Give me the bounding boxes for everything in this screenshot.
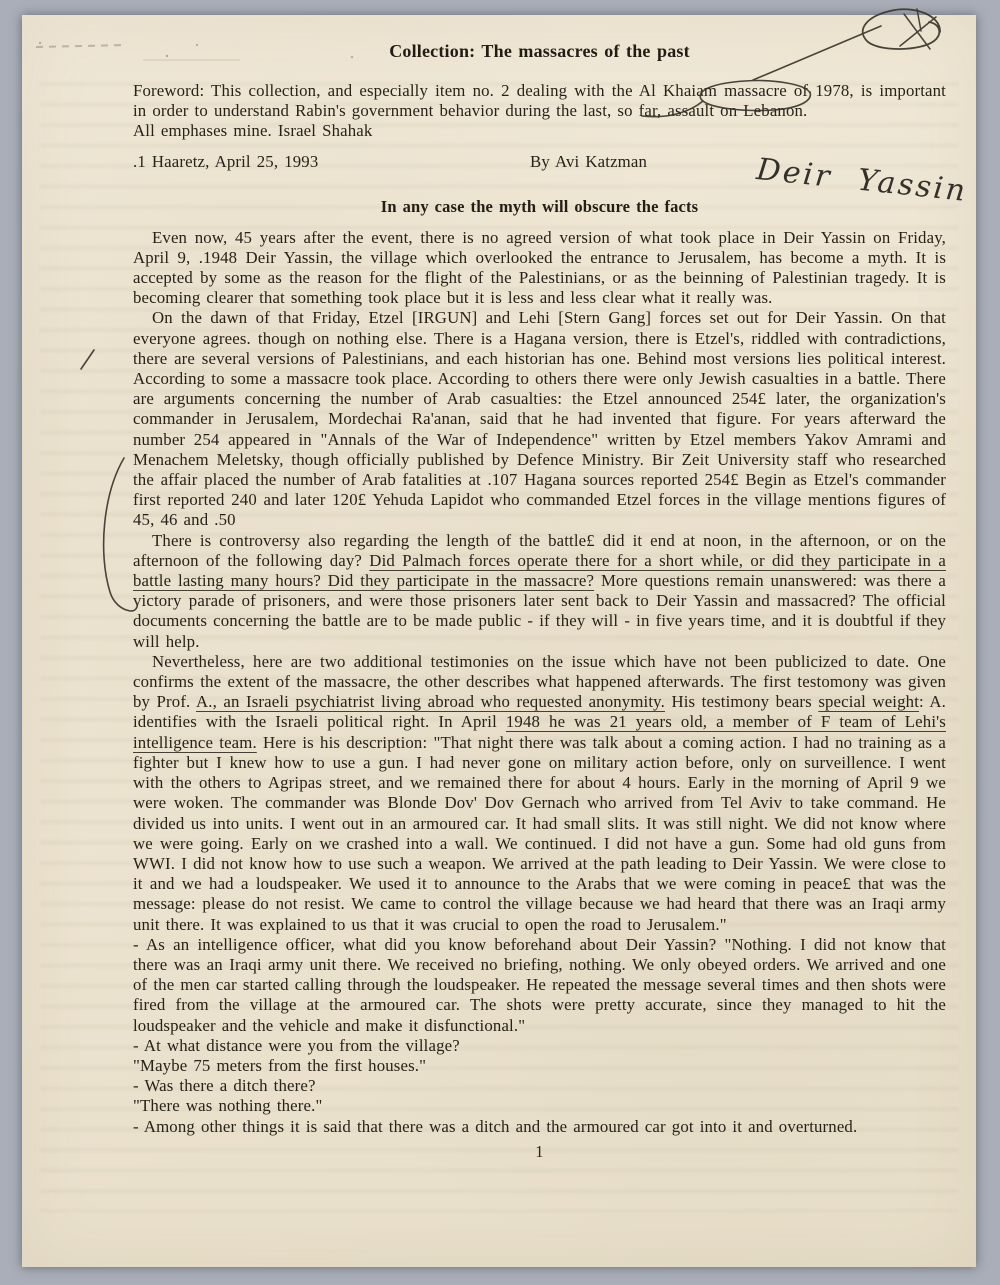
- dialogue-line-4: - Was there a ditch there?: [133, 1076, 946, 1096]
- text-segment: Here is his description: "That night the…: [133, 733, 946, 934]
- paragraph-testimonies: Nevertheless, here are two additional te…: [133, 652, 946, 935]
- dialogue-line-1: - As an intelligence officer, what did y…: [133, 935, 946, 1036]
- byline: By Avi Katzman: [530, 152, 647, 172]
- document-page: Collection: The massacres of the past Fo…: [22, 15, 976, 1267]
- dialogue-line-2: - At what distance were you from the vil…: [133, 1036, 946, 1056]
- hand-underlined-text: A., an Israeli psychiatrist living abroa…: [196, 692, 665, 711]
- emphases-note: All emphases mine. Israel Shahak: [133, 121, 946, 141]
- source-citation: .1 Haaretz, April 25, 1993: [133, 152, 318, 171]
- paragraph-on-the-dawn: On the dawn of that Friday, Etzel [IRGUN…: [133, 308, 946, 530]
- article-subtitle: In any case the myth will obscure the fa…: [133, 196, 946, 217]
- scanned-document: Collection: The massacres of the past Fo…: [0, 0, 1000, 1285]
- collection-title: Collection: The massacres of the past: [133, 40, 946, 62]
- dialogue-line-3: "Maybe 75 meters from the first houses.": [133, 1056, 946, 1076]
- hand-underlined-text: special weight: [818, 692, 919, 711]
- foreword-paragraph: Foreword: This collection, and especiall…: [133, 81, 946, 121]
- page-number: 1: [133, 1142, 946, 1162]
- text-segment: His testimony bears: [665, 692, 818, 711]
- dialogue-line-5: "There was nothing there.": [133, 1096, 946, 1116]
- dialogue-line-6: - Among other things it is said that the…: [133, 1117, 946, 1137]
- paragraph-even-now: Even now, 45 years after the event, ther…: [133, 228, 946, 309]
- paragraph-controversy: There is controversy also regarding the …: [133, 531, 946, 652]
